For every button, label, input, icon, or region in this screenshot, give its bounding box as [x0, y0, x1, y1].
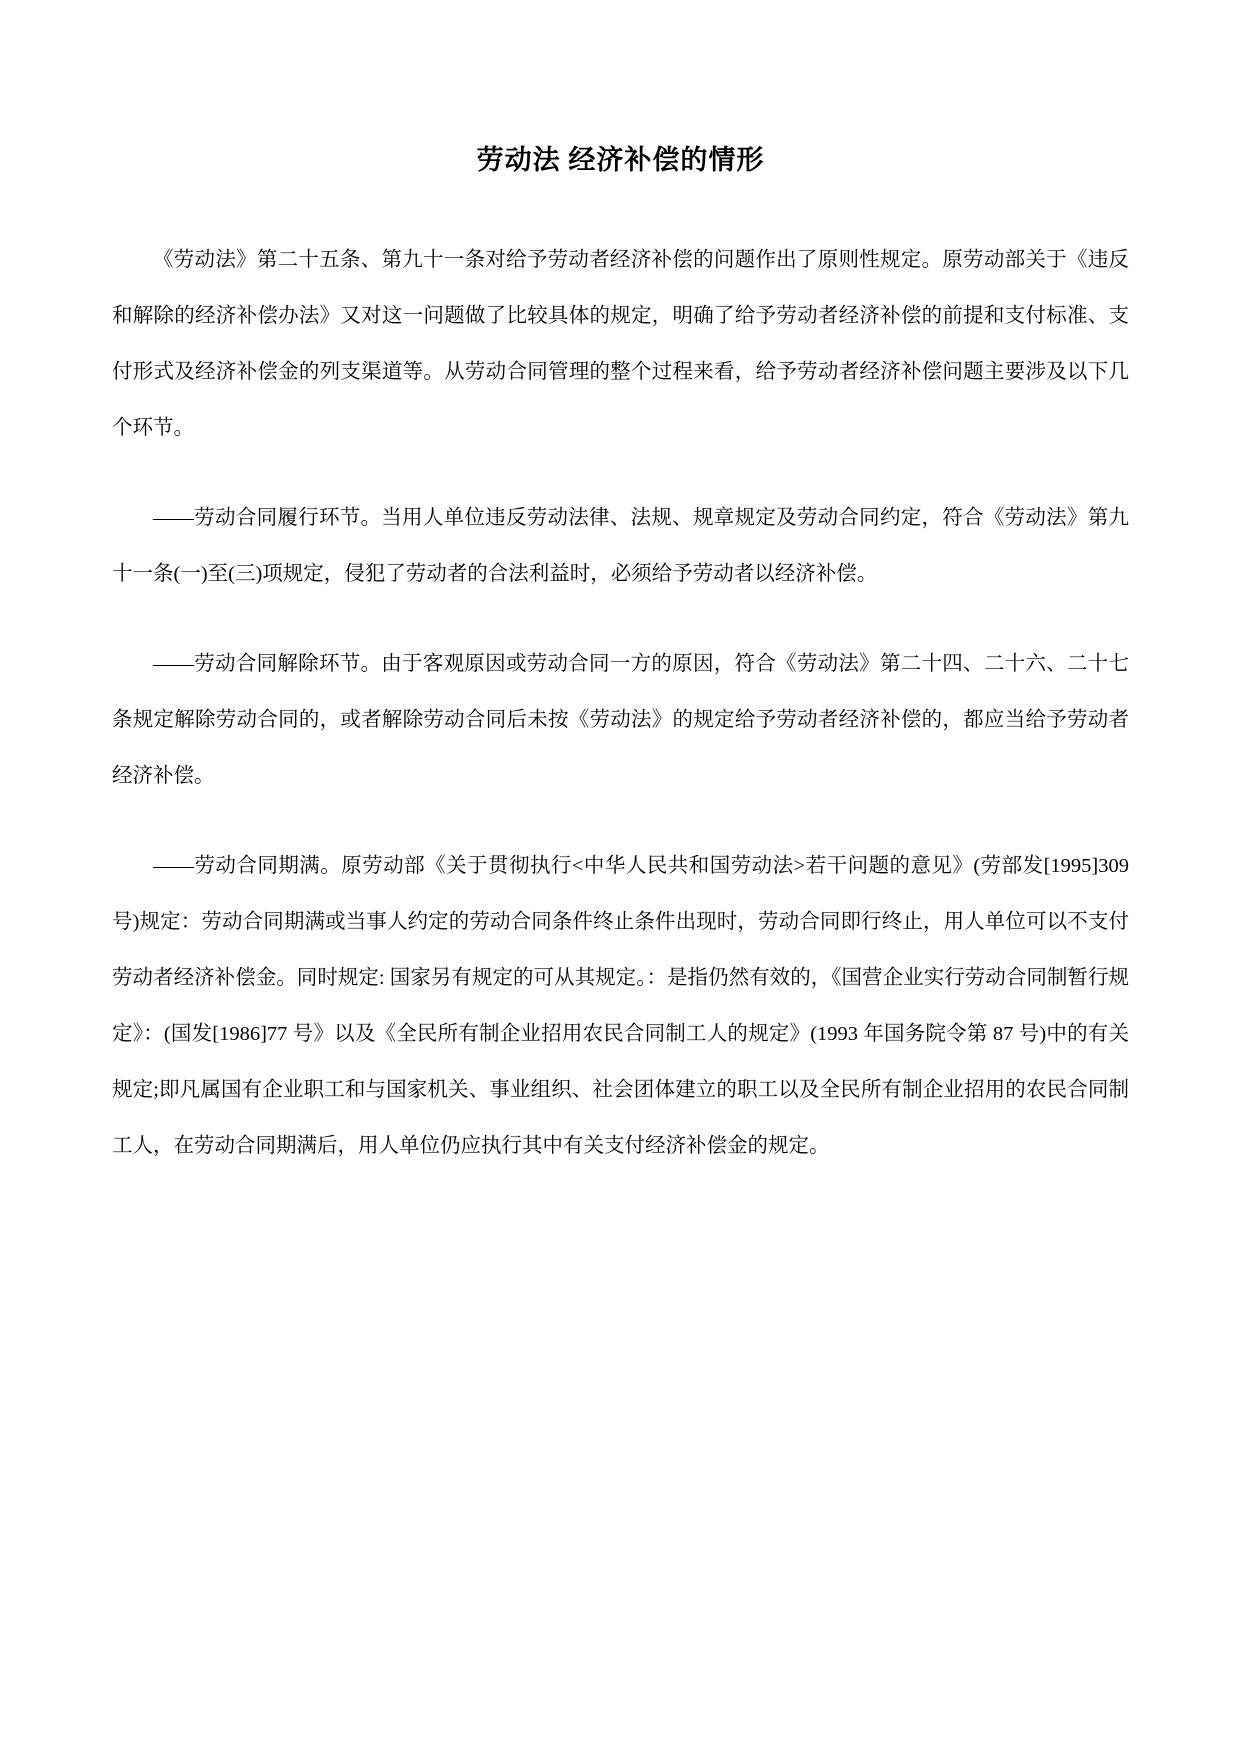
document-page: 劳动法 经济补偿的情形 《劳动法》第二十五条、第九十一条对给予劳动者经济补偿的问…: [0, 0, 1241, 1754]
document-title: 劳动法 经济补偿的情形: [112, 140, 1129, 180]
paragraph-contract-performance-stage: ——劳动合同履行环节。当用人单位违反劳动法律、法规、规章规定及劳动合同约定，符合…: [112, 490, 1129, 602]
paragraph-contract-dissolution-stage: ——劳动合同解除环节。由于客观原因或劳动合同一方的原因，符合《劳动法》第二十四、…: [112, 636, 1129, 804]
paragraph-intro: 《劳动法》第二十五条、第九十一条对给予劳动者经济补偿的问题作出了原则性规定。原劳…: [112, 232, 1129, 456]
paragraph-contract-expiration-stage: ——劳动合同期满。原劳动部《关于贯彻执行<中华人民共和国劳动法>若干问题的意见》…: [112, 838, 1129, 1174]
